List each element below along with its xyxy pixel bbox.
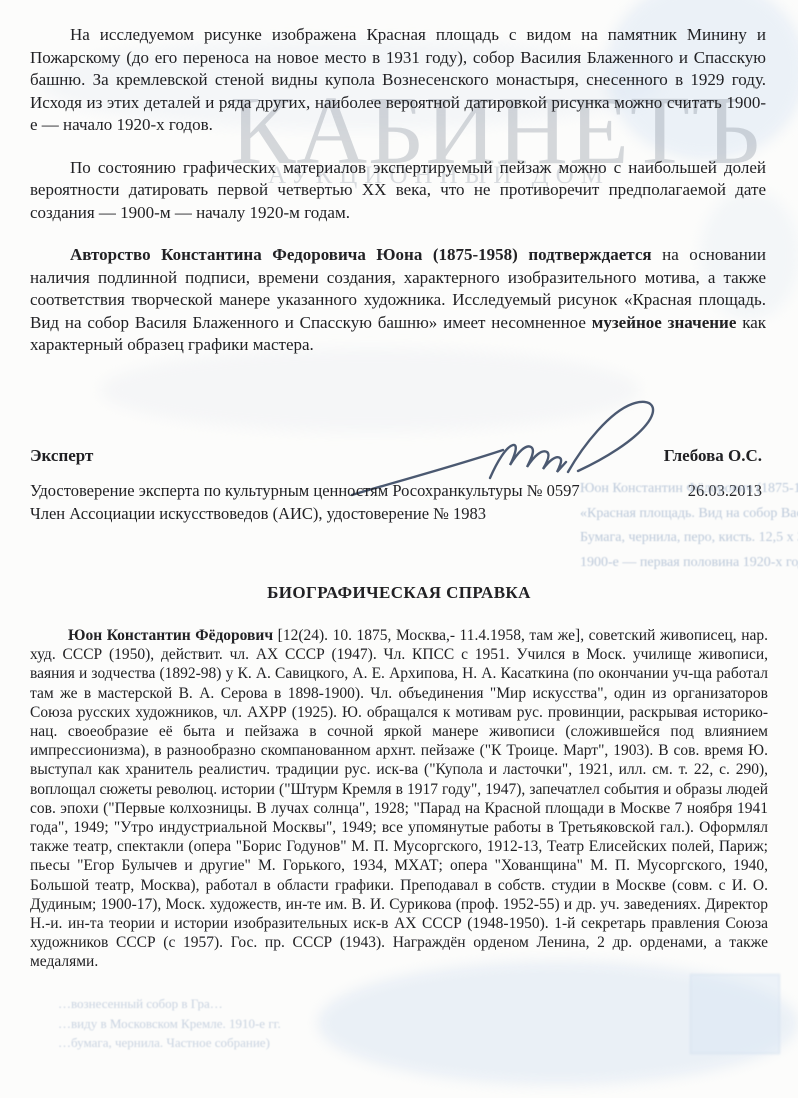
- expert-name: Глебова О.С.: [664, 446, 762, 466]
- attribution-bold-statement: Авторство Константина Федоровича Юона (1…: [70, 245, 652, 264]
- museum-value-bold: музейное значение: [592, 313, 737, 332]
- biography-paragraph: Юон Константин Фёдорович [12(24). 10. 18…: [30, 626, 768, 972]
- biography-body-text: [12(24). 10. 1875, Москва,- 11.4.1958, т…: [30, 627, 768, 970]
- report-paragraph-attribution: Авторство Константина Федоровича Юона (1…: [30, 244, 766, 357]
- ghost-line: …бумага, чернила. Частное собрание): [58, 1033, 281, 1053]
- expert-credentials: Удостоверение эксперта по культурным цен…: [30, 479, 580, 525]
- expert-report-body: На исследуемом рисунке изображена Красна…: [30, 24, 766, 377]
- credential-association: Член Ассоциации искусствоведов (АИС), уд…: [30, 502, 580, 525]
- report-date: 26.03.2013: [688, 481, 762, 501]
- scanned-document-page: КАБИНЕТЪ АУКЦИОННЫЙ ДОМ На исследуемом р…: [0, 0, 798, 1098]
- expert-signature-row: Эксперт Глебова О.С.: [30, 446, 762, 466]
- report-paragraph-materials: По состоянию графических материалов эксп…: [30, 157, 766, 225]
- ghost-line: …вознесенный собор в Гра…: [58, 994, 281, 1014]
- ghost-line: «Красная площадь. Вид на собор Василия: [580, 502, 798, 527]
- scan-artifact-bottom: [318, 962, 798, 1084]
- report-paragraph-dating: На исследуемом рисунке изображена Красна…: [30, 24, 766, 137]
- scan-artifact-bottom-rect: [690, 974, 780, 1054]
- biography-name-bold: Юон Константин Фёдорович: [68, 627, 273, 644]
- credential-certificate: Удостоверение эксперта по культурным цен…: [30, 479, 580, 502]
- ghost-line: 1900-е — первая половина 1920-х годов.: [580, 551, 798, 576]
- expert-label: Эксперт: [30, 446, 93, 466]
- ghost-line: Бумага, чернила, перо, кисть. 12,5 х 35,…: [580, 526, 798, 551]
- bleed-through-text-bottom: …вознесенный собор в Гра… …виду в Москов…: [58, 994, 281, 1053]
- biography-section-title: БИОГРАФИЧЕСКАЯ СПРАВКА: [0, 583, 798, 603]
- ghost-line: …виду в Московском Кремле. 1910-е гг.: [58, 1014, 281, 1034]
